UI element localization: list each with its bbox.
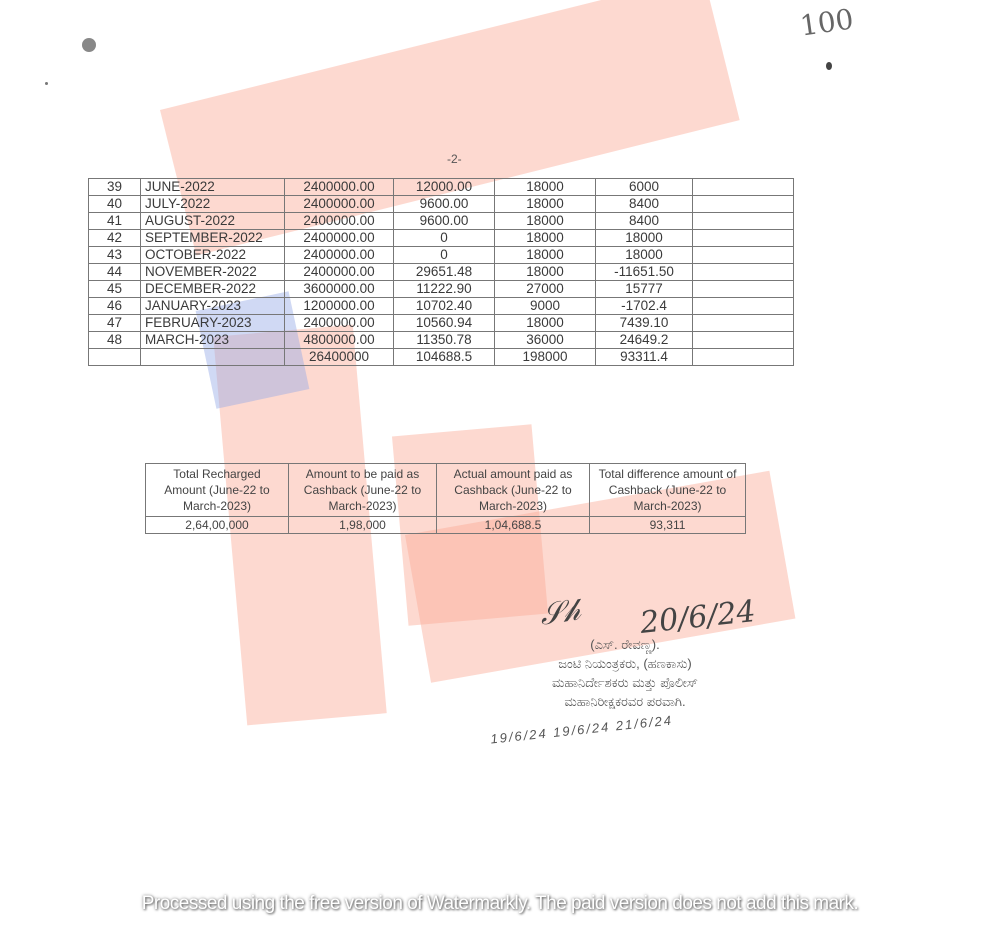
- summary-to-be-paid: 1,98,000: [289, 517, 437, 534]
- cell-actual-paid: 0: [394, 247, 495, 264]
- cell-month: SEPTEMBER-2022: [141, 230, 285, 247]
- signatory-designation: ಜಂಟಿ ನಿಯಂತ್ರಕರು, (ಹಣಕಾಸು): [495, 654, 755, 673]
- signatory-designation: ಮಹಾನಿರೀಕ್ಷಕರವರ ಪರವಾಗಿ.: [495, 692, 755, 711]
- cell-no: 47: [89, 315, 141, 332]
- cell-month: FEBRUARY-2023: [141, 315, 285, 332]
- summary-header: Total difference amount of Cashback (Jun…: [590, 464, 746, 517]
- cell-month: MARCH-2023: [141, 332, 285, 349]
- cell-to-be_paid: 18000: [495, 179, 596, 196]
- cell-month: NOVEMBER-2022: [141, 264, 285, 281]
- initials-annotations: 19/6/24 19/6/24 21/6/24: [490, 712, 674, 746]
- cell-actual-paid: 11350.78: [394, 332, 495, 349]
- cell-month: JANUARY-2023: [141, 298, 285, 315]
- cell-to-be_paid: 18000: [495, 315, 596, 332]
- cell-difference: 93311.4: [596, 349, 693, 366]
- table-row: 47FEBRUARY-20232400000.0010560.941800074…: [89, 315, 794, 332]
- summary-actual-paid: 1,04,688.5: [437, 517, 590, 534]
- cell-difference: 8400: [596, 213, 693, 230]
- cell-recharged: 2400000.00: [285, 315, 394, 332]
- cell-difference: 15777: [596, 281, 693, 298]
- cell-actual-paid: 10560.94: [394, 315, 495, 332]
- cell-actual-paid: 104688.5: [394, 349, 495, 366]
- table-row: 41AUGUST-20222400000.009600.00180008400: [89, 213, 794, 230]
- cell-recharged: 2400000.00: [285, 213, 394, 230]
- cell-to-be_paid: 18000: [495, 264, 596, 281]
- summary-header: Total Recharged Amount (June-22 to March…: [146, 464, 289, 517]
- signatory-name: (ಎಸ್. ರೇವಣ್ಣ).: [495, 635, 755, 654]
- table-row: 44NOVEMBER-20222400000.0029651.4818000-1…: [89, 264, 794, 281]
- table-row: 46JANUARY-20231200000.0010702.409000-170…: [89, 298, 794, 315]
- cell-extra: [693, 298, 794, 315]
- cell-to-be_paid: 18000: [495, 196, 596, 213]
- cell-month: DECEMBER-2022: [141, 281, 285, 298]
- table-row: 45DECEMBER-20223600000.0011222.902700015…: [89, 281, 794, 298]
- cell-recharged: 2400000.00: [285, 247, 394, 264]
- cell-no: 43: [89, 247, 141, 264]
- cell-difference: -11651.50: [596, 264, 693, 281]
- cell-difference: 18000: [596, 230, 693, 247]
- watermark-text: Processed using the free version of Wate…: [0, 893, 1000, 915]
- totals-row: 26400000104688.519800093311.4: [89, 349, 794, 366]
- cell-month: JUNE-2022: [141, 179, 285, 196]
- summary-difference: 93,311: [590, 517, 746, 534]
- cell-recharged: 2400000.00: [285, 179, 394, 196]
- cell-to-be_paid: 36000: [495, 332, 596, 349]
- cell-month: [141, 349, 285, 366]
- cell-actual-paid: 29651.48: [394, 264, 495, 281]
- summary-table: Total Recharged Amount (June-22 to March…: [145, 463, 746, 534]
- cell-no: 42: [89, 230, 141, 247]
- scan-punch-hole: [82, 38, 96, 52]
- summary-total-recharged: 2,64,00,000: [146, 517, 289, 534]
- cell-actual-paid: 10702.40: [394, 298, 495, 315]
- cell-recharged: 2400000.00: [285, 264, 394, 281]
- cell-no: 40: [89, 196, 141, 213]
- cell-extra: [693, 179, 794, 196]
- cell-no: 48: [89, 332, 141, 349]
- signature-scribble: 𝒮𝒽: [538, 592, 583, 632]
- cell-extra: [693, 349, 794, 366]
- summary-header: Actual amount paid as Cashback (June-22 …: [437, 464, 590, 517]
- cell-no: 44: [89, 264, 141, 281]
- cell-no: 46: [89, 298, 141, 315]
- cell-month: OCTOBER-2022: [141, 247, 285, 264]
- signature-date: 20/6/24: [638, 594, 757, 641]
- cell-to-be_paid: 18000: [495, 213, 596, 230]
- cell-actual-paid: 12000.00: [394, 179, 495, 196]
- cell-difference: 24649.2: [596, 332, 693, 349]
- cell-to-be_paid: 27000: [495, 281, 596, 298]
- cell-month: AUGUST-2022: [141, 213, 285, 230]
- cell-extra: [693, 264, 794, 281]
- cell-extra: [693, 213, 794, 230]
- cell-to-be_paid: 198000: [495, 349, 596, 366]
- table-row: 48MARCH-20234800000.0011350.783600024649…: [89, 332, 794, 349]
- summary-header-row: Total Recharged Amount (June-22 to March…: [146, 464, 746, 517]
- cell-extra: [693, 196, 794, 213]
- cell-actual-paid: 0: [394, 230, 495, 247]
- cell-to-be_paid: 18000: [495, 247, 596, 264]
- cell-no: [89, 349, 141, 366]
- cell-no: 45: [89, 281, 141, 298]
- table-row: 39JUNE-20222400000.0012000.00180006000: [89, 179, 794, 196]
- cell-recharged: 2400000.00: [285, 230, 394, 247]
- cell-actual-paid: 9600.00: [394, 196, 495, 213]
- table-row: 42SEPTEMBER-20222400000.0001800018000: [89, 230, 794, 247]
- cell-extra: [693, 247, 794, 264]
- summary-header: Amount to be paid as Cashback (June-22 t…: [289, 464, 437, 517]
- page-number: -2-: [447, 152, 462, 166]
- cell-difference: 7439.10: [596, 315, 693, 332]
- cell-extra: [693, 281, 794, 298]
- cell-actual-paid: 9600.00: [394, 213, 495, 230]
- cell-difference: 8400: [596, 196, 693, 213]
- cell-difference: -1702.4: [596, 298, 693, 315]
- summary-value-row: 2,64,00,000 1,98,000 1,04,688.5 93,311: [146, 517, 746, 534]
- corner-annotation: 100: [798, 2, 856, 42]
- cell-no: 39: [89, 179, 141, 196]
- cell-no: 41: [89, 213, 141, 230]
- table-row: 43OCTOBER-20222400000.0001800018000: [89, 247, 794, 264]
- cell-actual-paid: 11222.90: [394, 281, 495, 298]
- cell-recharged: 4800000.00: [285, 332, 394, 349]
- cell-recharged: 2400000.00: [285, 196, 394, 213]
- cell-extra: [693, 315, 794, 332]
- cell-extra: [693, 230, 794, 247]
- cell-to-be_paid: 18000: [495, 230, 596, 247]
- cell-recharged: 3600000.00: [285, 281, 394, 298]
- signatory-designation: ಮಹಾನಿರ್ದೇಶಕರು ಮತ್ತು ಪೊಲೀಸ್: [495, 673, 755, 692]
- cell-recharged: 26400000: [285, 349, 394, 366]
- cell-difference: 6000: [596, 179, 693, 196]
- cell-recharged: 1200000.00: [285, 298, 394, 315]
- scan-speck: [45, 82, 48, 85]
- scan-speck: [826, 62, 832, 70]
- cell-month: JULY-2022: [141, 196, 285, 213]
- signatory-block: (ಎಸ್. ರೇವಣ್ಣ). ಜಂಟಿ ನಿಯಂತ್ರಕರು, (ಹಣಕಾಸು)…: [495, 635, 755, 711]
- cashback-table: 39JUNE-20222400000.0012000.0018000600040…: [88, 178, 794, 366]
- cell-to-be_paid: 9000: [495, 298, 596, 315]
- cell-extra: [693, 332, 794, 349]
- table-row: 40JULY-20222400000.009600.00180008400: [89, 196, 794, 213]
- cell-difference: 18000: [596, 247, 693, 264]
